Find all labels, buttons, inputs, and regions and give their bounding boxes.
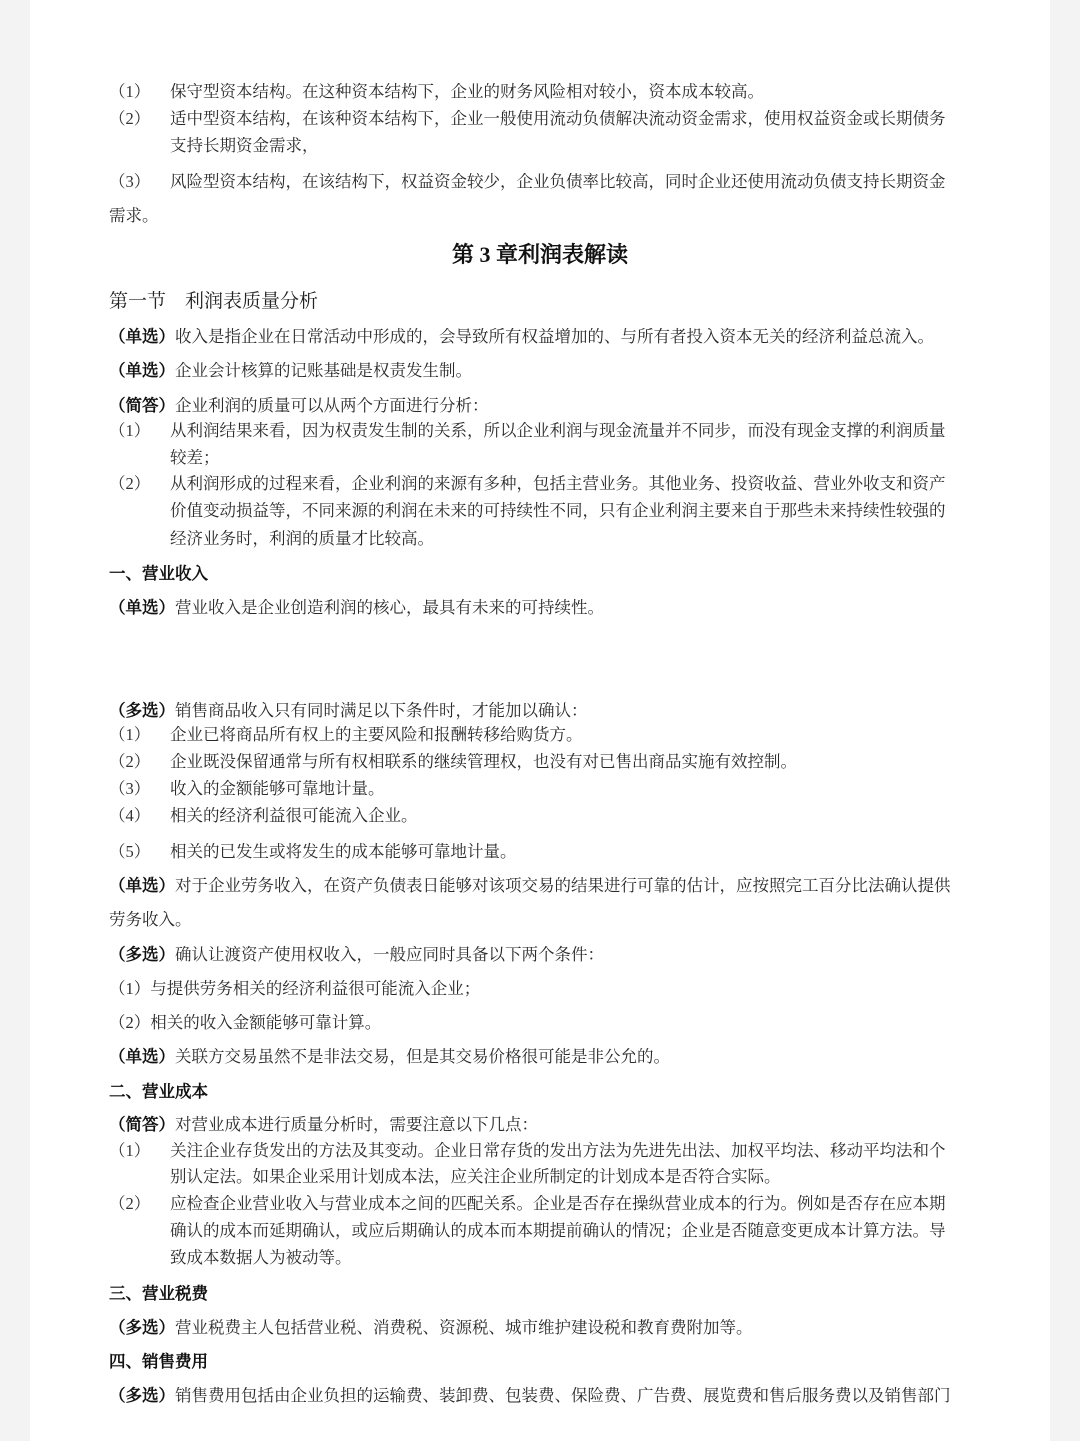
question-text: 对于企业劳务收入，在资产负债表日能够对该项交易的结果进行可靠的估计，应按照完工百… <box>175 876 951 895</box>
question-item: （多选）销售费用包括由企业负担的运输费、装卸费、包装费、保险费、广告费、展览费和… <box>109 1386 951 1406</box>
question-item: （单选）关联方交易虽然不是非法交易，但是其交易价格很可能是非公允的。 <box>109 1047 670 1067</box>
list-number: （2） <box>109 109 150 129</box>
question-text: 营业税费主人包括营业税、消费税、资源税、城市维护建设税和教育费附加等。 <box>175 1318 753 1337</box>
list-text: 较差； <box>170 448 220 468</box>
list-text: 关注企业存货发出的方法及其变动。企业日常存货的发出方法为先进先出法、加权平均法、… <box>170 1141 946 1161</box>
question-item: （单选）营业收入是企业创造利润的核心，最具有未来的可持续性。 <box>109 598 604 618</box>
question-type-tag: （多选） <box>109 1386 175 1405</box>
list-text: 企业既没保留通常与所有权相联系的继续管理权，也没有对已售出商品实施有效控制。 <box>170 752 797 772</box>
question-text: 企业利润的质量可以从两个方面进行分析： <box>175 396 489 415</box>
question-text: 企业会计核算的记账基础是权责发生制。 <box>175 361 472 380</box>
list-text: 支持长期资金需求， <box>170 136 319 156</box>
list-text: 从利润形成的过程来看，企业利润的来源有多种，包括主营业务。其他业务、投资收益、营… <box>170 474 946 494</box>
list-text: 相关的已发生或将发生的成本能够可靠地计量。 <box>170 842 517 862</box>
list-text: 企业已将商品所有权上的主要风险和报酬转移给购货方。 <box>170 725 583 745</box>
list-text: （1）与提供劳务相关的经济利益很可能流入企业； <box>109 979 480 999</box>
question-type-tag: （单选） <box>109 876 175 895</box>
question-item: （简答）对营业成本进行质量分析时，需要注意以下几点： <box>109 1115 538 1135</box>
list-text: 风险型资本结构，在该结构下，权益资金较少，企业负债率比较高，同时企业还使用流动负… <box>170 172 946 192</box>
list-text: 需求。 <box>109 206 159 226</box>
list-number: （4） <box>109 806 150 826</box>
question-text: 销售商品收入只有同时满足以下条件时，才能加以确认： <box>175 701 588 720</box>
question-item: （多选）销售商品收入只有同时满足以下条件时，才能加以确认： <box>109 701 588 721</box>
list-text: 经济业务时，利润的质量才比较高。 <box>170 529 434 549</box>
question-text: 确认让渡资产使用权收入，一般应同时具备以下两个条件： <box>175 945 604 964</box>
question-text: 劳务收入。 <box>109 910 192 930</box>
list-text: 相关的经济利益很可能流入企业。 <box>170 806 418 826</box>
question-type-tag: （单选） <box>109 361 175 380</box>
list-number: （3） <box>109 779 150 799</box>
list-text: 应检查企业营业收入与营业成本之间的匹配关系。企业是否存在操纵营业成本的行为。例如… <box>170 1194 946 1214</box>
list-number: （1） <box>109 421 150 441</box>
question-text: 收入是指企业在日常活动中形成的，会导致所有权益增加的、与所有者投入资本无关的经济… <box>175 327 934 346</box>
subsection-heading: 三、营业税费 <box>109 1284 208 1304</box>
list-text: 适中型资本结构，在该种资本结构下，企业一般使用流动负债解决流动资金需求，使用权益… <box>170 109 946 129</box>
question-type-tag: （简答） <box>109 1115 175 1134</box>
question-type-tag: （单选） <box>109 598 175 617</box>
list-number: （3） <box>109 172 150 192</box>
question-type-tag: （单选） <box>109 1047 175 1066</box>
list-number: （2） <box>109 474 150 494</box>
question-item: （多选）营业税费主人包括营业税、消费税、资源税、城市维护建设税和教育费附加等。 <box>109 1318 753 1338</box>
list-number: （5） <box>109 842 150 862</box>
subsection-heading: 四、销售费用 <box>109 1352 208 1372</box>
list-text: 保守型资本结构。在这种资本结构下，企业的财务风险相对较小，资本成本较高。 <box>170 82 764 102</box>
question-type-tag: （多选） <box>109 1318 175 1337</box>
question-text: 关联方交易虽然不是非法交易，但是其交易价格很可能是非公允的。 <box>175 1047 670 1066</box>
list-number: （1） <box>109 1141 150 1161</box>
list-text: 致成本数据人为被动等。 <box>170 1248 352 1268</box>
list-number: （1） <box>109 725 150 745</box>
list-text: 从利润结果来看，因为权责发生制的关系，所以企业利润与现金流量并不同步，而没有现金… <box>170 421 946 441</box>
list-text: 价值变动损益等，不同来源的利润在未来的可持续性不同，只有企业利润主要来自于那些未… <box>170 501 946 521</box>
question-text: 营业收入是企业创造利润的核心，最具有未来的可持续性。 <box>175 598 604 617</box>
list-text: 确认的成本而延期确认，或应后期确认的成本而本期提前确认的情况；企业是否随意变更成… <box>170 1221 946 1241</box>
question-type-tag: （多选） <box>109 945 175 964</box>
question-type-tag: （单选） <box>109 327 175 346</box>
question-item: （单选）企业会计核算的记账基础是权责发生制。 <box>109 361 472 381</box>
list-number: （1） <box>109 82 150 102</box>
chapter-title: 第 3 章利润表解读 <box>0 242 1080 268</box>
question-item: （多选）确认让渡资产使用权收入，一般应同时具备以下两个条件： <box>109 945 604 965</box>
question-item: （简答）企业利润的质量可以从两个方面进行分析： <box>109 396 489 416</box>
question-text: 对营业成本进行质量分析时，需要注意以下几点： <box>175 1115 538 1134</box>
question-type-tag: （多选） <box>109 701 175 720</box>
question-item: （单选）收入是指企业在日常活动中形成的，会导致所有权益增加的、与所有者投入资本无… <box>109 327 934 347</box>
list-text: 别认定法。如果企业采用计划成本法，应关注企业所制定的计划成本是否符合实际。 <box>170 1167 781 1187</box>
list-number: （2） <box>109 752 150 772</box>
section-title: 第一节 利润表质量分析 <box>109 290 318 314</box>
question-type-tag: （简答） <box>109 396 175 415</box>
question-item: （单选）对于企业劳务收入，在资产负债表日能够对该项交易的结果进行可靠的估计，应按… <box>109 876 951 896</box>
subsection-heading: 二、营业成本 <box>109 1082 208 1102</box>
list-text: 收入的金额能够可靠地计量。 <box>170 779 385 799</box>
subsection-heading: 一、营业收入 <box>109 564 208 584</box>
question-text: 销售费用包括由企业负担的运输费、装卸费、包装费、保险费、广告费、展览费和售后服务… <box>175 1386 951 1405</box>
list-text: （2）相关的收入金额能够可靠计算。 <box>109 1013 381 1033</box>
list-number: （2） <box>109 1194 150 1214</box>
